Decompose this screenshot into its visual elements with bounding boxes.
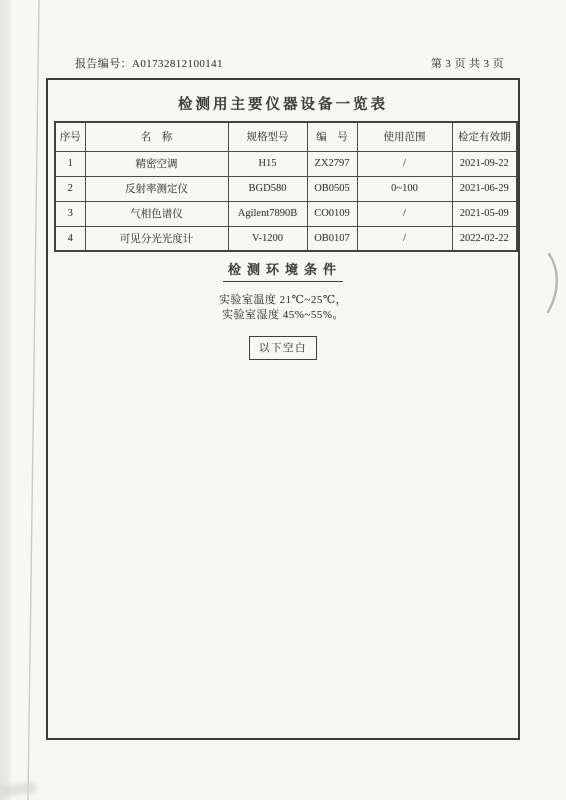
table-cell: 反射率测定仪 bbox=[85, 176, 228, 201]
table-row: 4 可见分光光度计 V-1200 OB0107 / 2022-02-22 bbox=[55, 226, 517, 251]
table-cell: 3 bbox=[55, 201, 85, 226]
table-cell: / bbox=[357, 226, 452, 251]
report-number-label: 报告编号：A01732812100141 bbox=[75, 55, 223, 71]
table-cell: 气相色谱仪 bbox=[85, 201, 228, 226]
table-cell: 4 bbox=[55, 226, 85, 251]
document-frame: 检测用主要仪器设备一览表 序号 名 称 规格型号 编 号 使用范围 检定有效期 … bbox=[46, 78, 520, 740]
page-header-row: 报告编号：A01732812100141 第 3 页 共 3 页 bbox=[75, 55, 504, 71]
table-cell: 2 bbox=[55, 176, 85, 201]
table-row: 3 气相色谱仪 Agilent7890B CO0109 / 2021-05-09 bbox=[55, 201, 517, 226]
table-cell: H15 bbox=[228, 151, 307, 176]
scanned-document-page: 报告编号：A01732812100141 第 3 页 共 3 页 检测用主要仪器… bbox=[0, 0, 566, 800]
equipment-table: 序号 名 称 规格型号 编 号 使用范围 检定有效期 1 精密空调 H15 ZX… bbox=[54, 121, 518, 252]
table-cell: 2021-09-22 bbox=[452, 151, 517, 176]
table-cell: V-1200 bbox=[228, 226, 307, 251]
header-cell-name: 名 称 bbox=[85, 122, 228, 151]
table-cell: OB0107 bbox=[307, 226, 357, 251]
paper-curl-mark bbox=[545, 251, 565, 315]
header-cell-number: 编 号 bbox=[307, 122, 357, 151]
table-header-row: 序号 名 称 规格型号 编 号 使用范围 检定有效期 bbox=[55, 122, 517, 151]
header-cell-index: 序号 bbox=[55, 122, 85, 151]
scanner-edge-strip bbox=[0, 0, 11, 800]
table-row: 1 精密空调 H15 ZX2797 / 2021-09-22 bbox=[55, 151, 517, 176]
header-cell-model: 规格型号 bbox=[228, 122, 307, 151]
table-cell: 可见分光光度计 bbox=[85, 226, 228, 251]
table-cell: 2022-02-22 bbox=[452, 226, 517, 251]
table-cell: CO0109 bbox=[307, 201, 357, 226]
table-cell: 2021-05-09 bbox=[452, 201, 517, 226]
table-cell: 2021-06-29 bbox=[452, 176, 517, 201]
table-row: 2 反射率测定仪 BGD580 OB0505 0~100 2021-06-29 bbox=[55, 176, 517, 201]
table-cell: OB0505 bbox=[307, 176, 357, 201]
environment-title: 检测环境条件 bbox=[223, 259, 343, 282]
table-cell: / bbox=[357, 151, 452, 176]
document-title: 检测用主要仪器设备一览表 bbox=[48, 93, 518, 114]
table-cell: 精密空调 bbox=[85, 151, 228, 176]
table-cell: 1 bbox=[55, 151, 85, 176]
table-cell: Agilent7890B bbox=[228, 201, 307, 226]
table-cell: ZX2797 bbox=[307, 151, 357, 176]
table-cell: 0~100 bbox=[357, 176, 452, 201]
environment-humidity-line: 实验室湿度 45%~55%。 bbox=[48, 308, 518, 323]
blank-below-box: 以下空白 bbox=[249, 336, 317, 360]
header-cell-range: 使用范围 bbox=[357, 122, 452, 151]
table-cell: / bbox=[357, 201, 452, 226]
page-indicator: 第 3 页 共 3 页 bbox=[431, 55, 504, 71]
environment-section: 检测环境条件 实验室温度 21℃~25℃， 实验室湿度 45%~55%。 以下空… bbox=[48, 259, 518, 360]
table-cell: BGD580 bbox=[228, 176, 307, 201]
environment-temperature-line: 实验室温度 21℃~25℃， bbox=[48, 293, 518, 308]
header-cell-validity: 检定有效期 bbox=[452, 122, 517, 151]
